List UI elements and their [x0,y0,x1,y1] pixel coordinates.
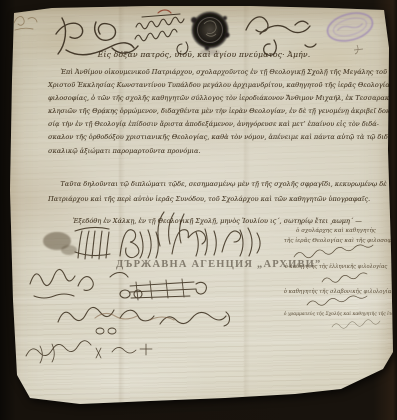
issue-line: Ἐξεδόθη ἐν Χάλκῃ, ἐν τῇ Θεολογικῇ Σχολῇ,… [48,217,346,225]
closing-line: Ταῦτα δηλοῦνται τῷ διπλώματι τῷδε, σεσημ… [48,177,346,192]
closing-line: Πατριάρχου καὶ τῆς περὶ αὐτὸν ἱερᾶς Συνό… [48,192,346,207]
caption-secretary: ὁ γραμματεὺς τῆς Σχολῆς καὶ καθηγητὴς τῆ… [284,312,389,317]
caption-scholarch-2: τῆς ἱερᾶς Θεολογίας καὶ τῆς φιλοσοφίας [284,238,389,244]
caption-professor-slavonic: ὁ καθηγητὴς τῆς σλαβονικῆς φιλολογίας [284,289,389,295]
parchment-fibers [0,280,397,420]
school-seal-icon [191,12,230,56]
patriarch-monokondylion-icon [56,10,171,55]
parchment-stains [0,0,397,420]
synod-signatures-icon [26,212,260,363]
body-line: σκαλον τῆς ὀρθοδόξου χριστιανικῆς Θεολογ… [48,131,346,144]
caption-scholarch-1: ὁ σχολάρχης καὶ καθηγητὴς [284,228,389,234]
archive-note-icon [14,16,37,30]
ink-blot-icon [43,232,71,250]
parchment-creases [0,0,397,420]
ink-blot-icon [61,245,77,255]
parchment-wrapper: Εἰς δόξαν πατρός, υἱοῦ, καὶ ἁγίου πνεύμα… [0,0,397,420]
archives-watermark: ДЪРЖАВНА АГЕНЦИЯ „АРХИВИ” [116,259,321,270]
photo-background: Εἰς δόξαν πατρός, υἱοῦ, καὶ ἁγίου πνεύμα… [0,0,397,420]
archive-stamp-icon [324,8,375,45]
body-line: Ἐπὶ Ἀνθίμου οἰκουμενικοῦ Πατριάρχου, σχο… [48,66,346,79]
body-line: Χριστοῦ Ἐκκλησίας Κωνσταντίνου Τυπάλδου … [48,79,346,92]
parchment-document: Εἰς δόξαν πατρός, υἱοῦ, καὶ ἁγίου πνεύμα… [0,0,397,420]
ink-graphics-layer [0,0,397,420]
body-line: σκαλικῷ ἀξιώματι παρομαρτοῦντα προνόμια. [48,145,346,158]
issue-line-block: Ἐξεδόθη ἐν Χάλκῃ, ἐν τῇ Θεολογικῇ Σχολῇ,… [48,217,362,225]
closing-text-block: Ταῦτα δηλοῦνται τῷ διπλώματι τῷδε, σεσημ… [48,177,362,206]
header-inscription-icon [135,14,188,54]
body-line: σίᾳ τὴν ἐν τῇ Θεολογίᾳ ἐπίδοσιν ἄριστα ἀ… [48,118,346,131]
body-line: φιλοσοφίας, ὁ τῶν τῆς σχολῆς καθηγητῶν σ… [48,92,346,105]
doxology-line: Εἰς δόξαν πατρός, υἱοῦ, καὶ ἁγίου πνεύμα… [48,50,360,59]
body-line: κλησιῶν τῆς Θρᾴκης ὁρμώμενον, διδαχθέντα… [48,105,346,118]
main-text-block: Ἐπὶ Ἀνθίμου οἰκουμενικοῦ Πατριάρχου, σχο… [48,66,362,158]
